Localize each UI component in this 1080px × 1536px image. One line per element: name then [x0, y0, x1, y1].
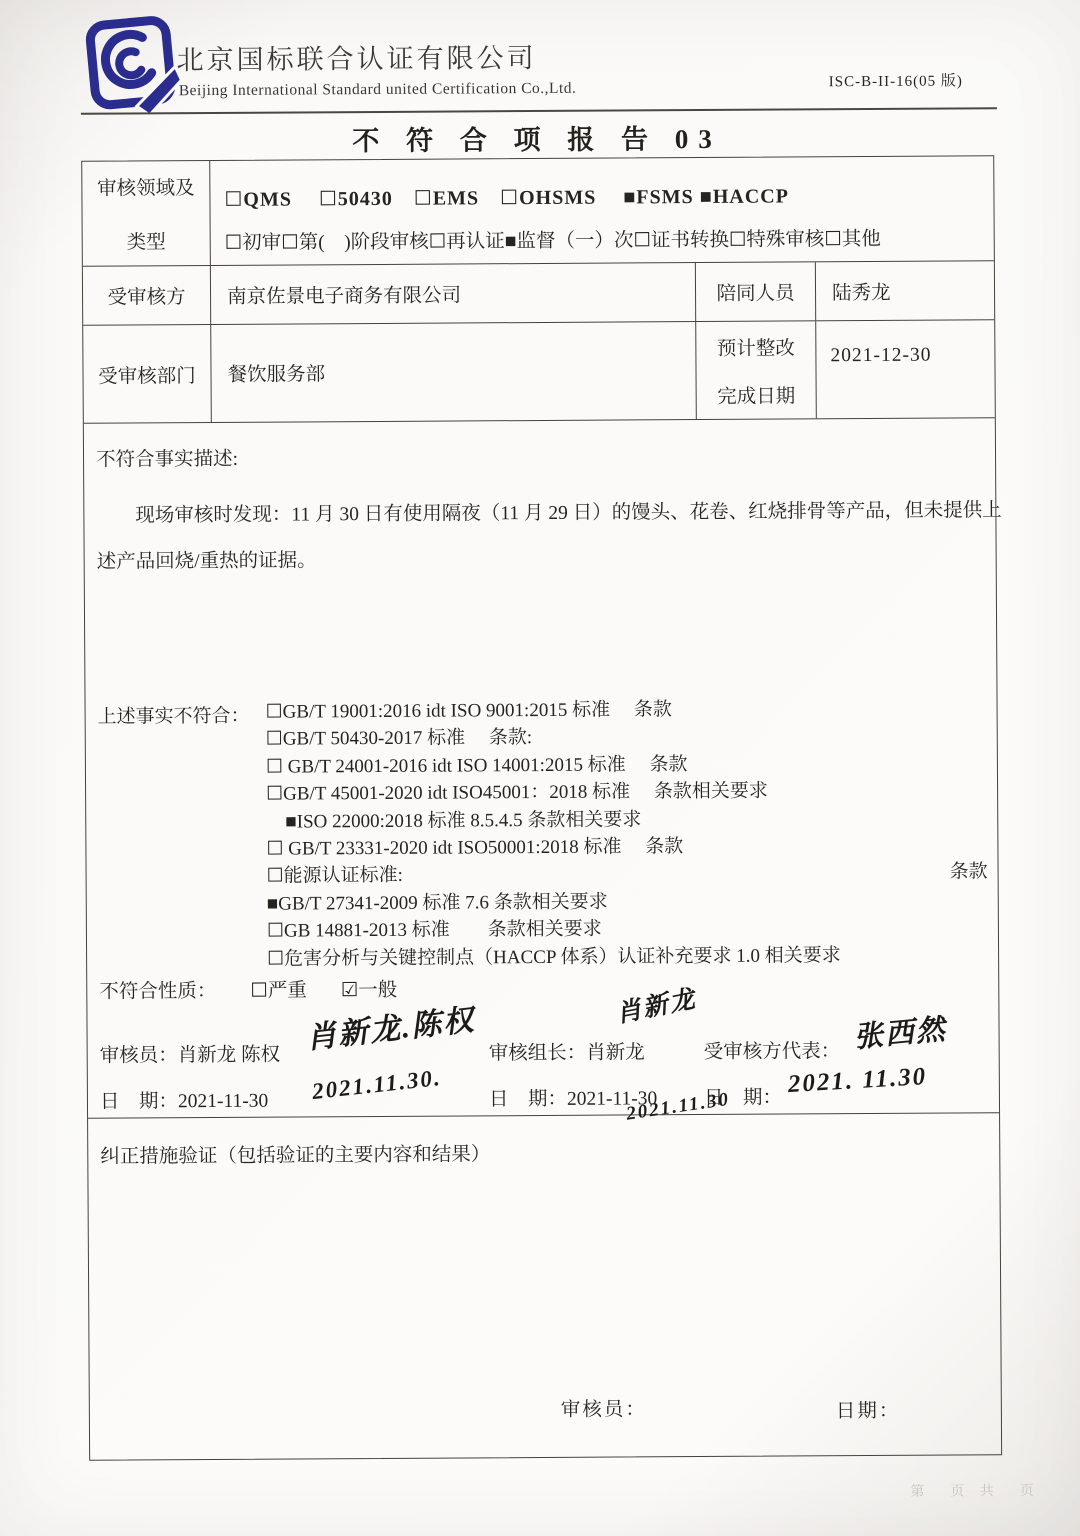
handwritten-lead-signature: 肖新龙	[613, 979, 700, 1030]
due-date-value: 2021-12-30	[816, 320, 995, 418]
form-code: ISC-B-II-16(05 版)	[829, 69, 963, 91]
row-nonconformity: 不符合事实描述: 现场审核时发现：11 月 30 日有使用隔夜（11 月 29 …	[84, 418, 999, 1119]
handwritten-date-1: 2021.11.30.	[311, 1065, 443, 1105]
verification-auditor-label: 审核员：	[561, 1393, 647, 1422]
handwritten-rep-signature: 张西然	[852, 1007, 948, 1056]
nc-description-heading: 不符合事实描述:	[96, 443, 238, 472]
company-name-cn: 北京国标联合认证有限公司	[176, 36, 536, 77]
nc-description-line1: 现场审核时发现：11 月 30 日有使用隔夜（11 月 29 日）的馒头、花卷、…	[96, 494, 985, 527]
company-name-en: Beijing International Standard united Ce…	[179, 80, 577, 100]
row-department: 受审核部门 餐饮服务部 预计整改 完成日期 2021-12-30	[83, 320, 995, 424]
standard-line: ☐GB 14881-2013 标准 条款相关要求	[267, 914, 988, 946]
row-audit-scope: 审核领域及 类型 ☐QMS ☐50430 ☐EMS ☐OHSMS ■FSMS ■…	[82, 156, 994, 267]
nc-description-line2: 述产品回烧/重热的证据。	[97, 540, 986, 573]
standard-line: ☐GB/T 50430-2017 标准 条款:	[266, 722, 987, 754]
auditee-label: 受审核方	[83, 266, 211, 325]
header-divider	[81, 107, 997, 115]
standard-line: ☐危害分析与关键控制点（HACCP 体系）认证补充要求 1.0 相关要求	[267, 941, 988, 973]
severe-checkbox: ☐严重	[250, 980, 307, 1001]
standard-line-checked: ■GB/T 27341-2009 标准 7.6 条款相关要求	[267, 886, 988, 918]
standard-line: ☐能源认证标准:条款	[267, 859, 988, 891]
verification-date-label: 日期：	[836, 1395, 901, 1423]
standard-line: ☐ GB/T 23331-2020 idt ISO50001:2018 标准 条…	[266, 831, 987, 863]
lead-auditor-line: 审核组长：肖新龙	[489, 1036, 645, 1065]
auditor-date-line: 日 期：2021-11-30	[100, 1085, 268, 1114]
standards-label: 上述事实不符合：	[98, 701, 250, 729]
handwritten-auditor-signature: 肖新龙.陈权	[304, 995, 477, 1057]
standard-line: ☐GB/T 45001-2020 idt ISO45001：2018 标准 条款…	[266, 776, 987, 808]
row-verification: 纠正措施验证（包括验证的主要内容和结果） 审核员： 日期：	[88, 1113, 1001, 1460]
scanned-form: 北京国标联合认证有限公司 Beijing International Stand…	[0, 0, 1080, 1536]
nc-nature-label: 不符合性质：	[99, 981, 216, 1003]
form-table: 审核领域及 类型 ☐QMS ☐50430 ☐EMS ☐OHSMS ■FSMS ■…	[81, 155, 1002, 1461]
standards-block: 上述事实不符合： ☐GB/T 19001:2016 idt ISO 9001:2…	[98, 694, 989, 973]
systems-checkbox-line: ☐QMS ☐50430 ☐EMS ☐OHSMS ■FSMS ■HACCP	[224, 179, 789, 211]
standard-line: ☐GB/T 19001:2016 idt ISO 9001:2015 标准 条款	[266, 694, 987, 726]
auditor-signature-line: 审核员：肖新龙 陈权	[100, 1039, 281, 1068]
page-title: 不 符 合 项 报 告 03	[0, 115, 1077, 161]
escort-label: 陪同人员	[696, 262, 816, 321]
department-value: 餐饮服务部	[211, 322, 697, 422]
row-auditee: 受审核方 南京佐景电子商务有限公司 陪同人员 陆秀龙	[83, 261, 994, 326]
auditee-value: 南京佐景电子商务有限公司	[211, 263, 696, 324]
standards-list: ☐GB/T 19001:2016 idt ISO 9001:2015 标准 条款…	[266, 694, 989, 972]
nc-nature-line: 不符合性质：☐严重☑一般	[99, 974, 431, 1004]
verification-heading: 纠正措施验证（包括验证的主要内容和结果）	[100, 1138, 490, 1168]
audit-scope-value: ☐QMS ☐50430 ☐EMS ☐OHSMS ■FSMS ■HACCP ☐初审…	[210, 156, 994, 265]
auditee-rep-label: 受审核方代表：	[704, 1035, 841, 1064]
page-footer: 第 页 共 页	[910, 1480, 1040, 1501]
department-label: 受审核部门	[83, 325, 212, 423]
certification-logo-icon	[82, 14, 183, 125]
handwritten-date-3: 2021. 11.30	[787, 1063, 928, 1099]
escort-value: 陆秀龙	[816, 261, 994, 320]
standard-line-checked: ■ISO 22000:2018 标准 8.5.4.5 条款相关要求	[266, 804, 987, 836]
audit-scope-label: 审核领域及 类型	[82, 161, 211, 266]
general-checkbox-checked: ☑一般	[341, 980, 398, 1001]
standard-line: ☐ GB/T 24001-2016 idt ISO 14001:2015 标准 …	[266, 749, 987, 781]
due-date-label: 预计整改 完成日期	[696, 321, 817, 419]
audit-type-checkbox-line: ☐初审☐第( )阶段审核☐再认证■监督（一）次☐证书转换☐特殊审核☐其他	[225, 223, 881, 255]
